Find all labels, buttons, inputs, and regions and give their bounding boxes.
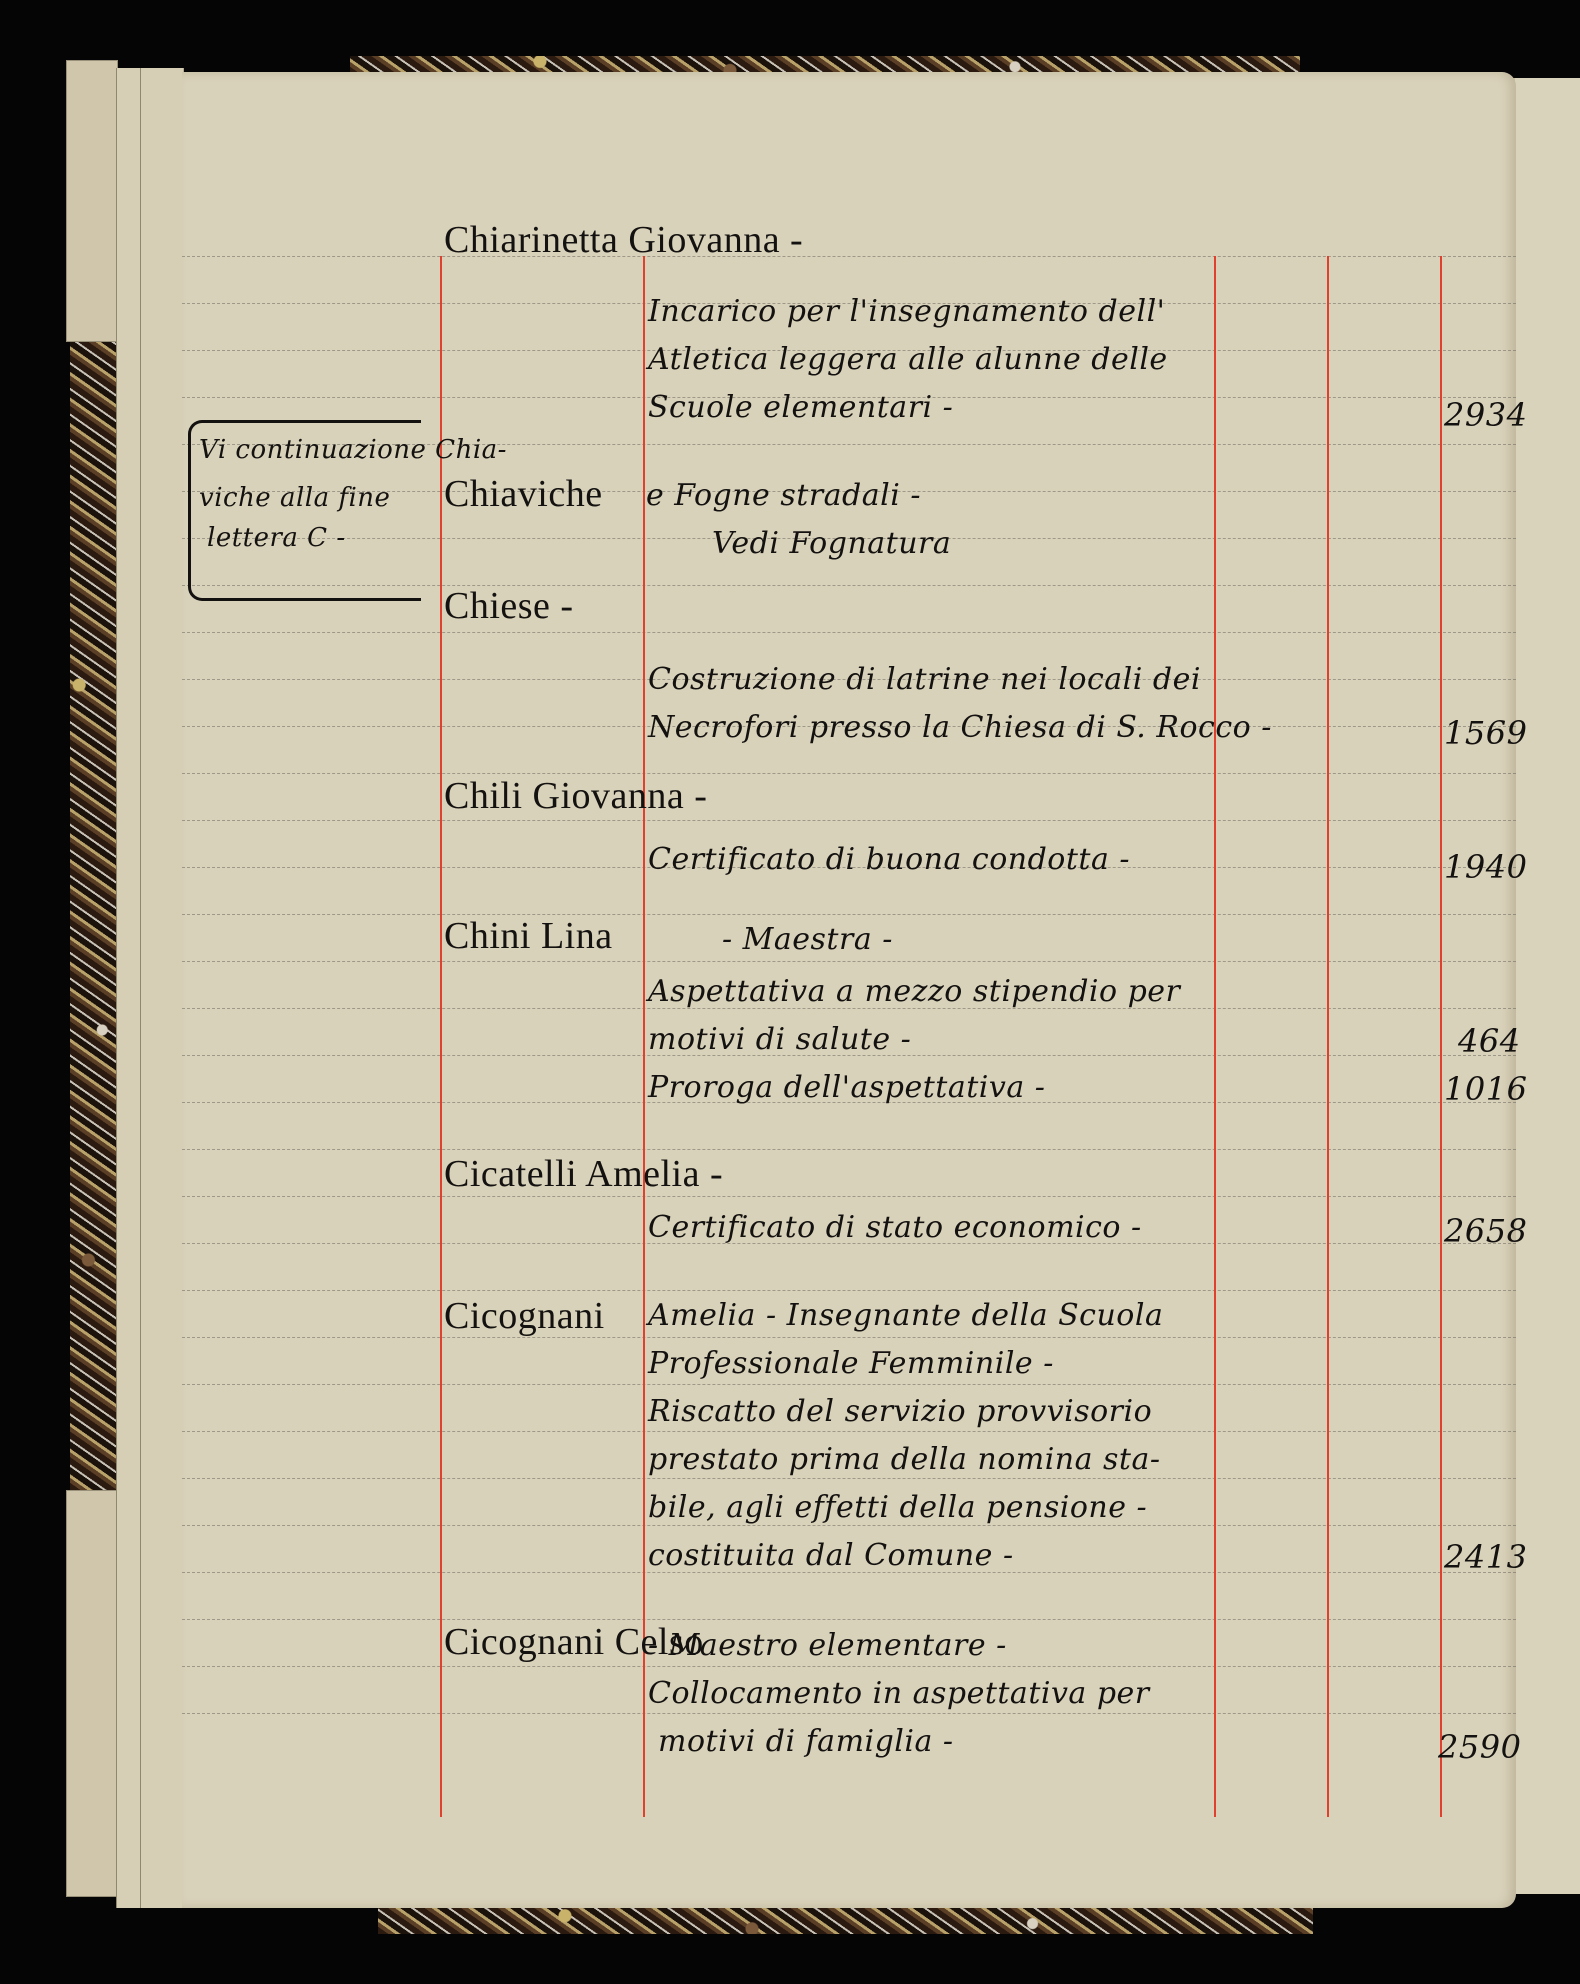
- ruled-line: [182, 1619, 1516, 1620]
- facing-page: [1513, 78, 1580, 1894]
- ruled-line: [182, 1149, 1516, 1150]
- margin-note-bracket: Vi continuazione Chia- viche alla fine l…: [188, 420, 421, 601]
- column-rule-2: [643, 256, 645, 1817]
- entry-description: prestato prima della nomina sta-: [648, 1442, 1161, 1477]
- margin-note-line: viche alla fine: [199, 483, 390, 513]
- entry-description: Costruzione di latrine nei locali dei: [648, 662, 1201, 697]
- entry-description: Professionale Femminile -: [648, 1346, 1054, 1381]
- entry-cross-reference: Vedi Fognatura: [712, 526, 951, 561]
- book-cover-left-lower: [66, 1490, 118, 1897]
- entry-number: 1940: [1444, 848, 1527, 886]
- entry-role: - Maestra -: [722, 922, 893, 957]
- entry-name: Chiese -: [444, 584, 574, 628]
- entry-name: Cicognani: [444, 1294, 605, 1338]
- ruled-line: [182, 1337, 1516, 1338]
- entry-description: Amelia - Insegnante della Scuola: [648, 1298, 1163, 1333]
- column-rule-5: [1440, 256, 1442, 1817]
- entry-name: Chini Lina: [444, 914, 613, 958]
- entry-description: - Maestro elementare -: [648, 1628, 1007, 1663]
- ruled-line: [182, 1290, 1516, 1291]
- entry-description: Aspettativa a mezzo stipendio per: [648, 974, 1180, 1009]
- column-rule-3: [1214, 256, 1216, 1817]
- margin-note-line: lettera C -: [207, 523, 346, 553]
- ruled-line: [182, 1196, 1516, 1197]
- entry-number: 2658: [1444, 1212, 1527, 1250]
- entry-description: Proroga dell'aspettativa -: [648, 1070, 1045, 1105]
- book-cover-left: [66, 60, 118, 342]
- marbled-edge-bottom: [378, 1908, 1313, 1934]
- entry-name: Chili Giovanna -: [444, 774, 707, 818]
- entry-number: 1569: [1444, 714, 1527, 752]
- ruled-line: [182, 914, 1516, 915]
- ruled-line: [182, 1478, 1516, 1479]
- ruled-line: [182, 256, 1516, 257]
- entry-description: bile, agli effetti della pensione -: [648, 1490, 1147, 1525]
- ruled-line: [182, 1525, 1516, 1526]
- entry-description: Collocamento in aspettativa per: [648, 1676, 1150, 1711]
- margin-note-line: Vi continuazione Chia-: [199, 435, 507, 465]
- entry-description: Scuole elementari -: [648, 390, 953, 425]
- entry-description: e Fogne stradali -: [646, 478, 921, 513]
- ruled-line: [182, 632, 1516, 633]
- ruled-line: [182, 1666, 1516, 1667]
- entry-number: 1016: [1444, 1070, 1527, 1108]
- marbled-edge-left: [70, 340, 116, 1490]
- column-rule-4: [1327, 256, 1329, 1817]
- entry-description: costituita dal Comune -: [648, 1538, 1014, 1573]
- entry-number: 2413: [1444, 1538, 1527, 1576]
- ruled-line: [182, 1431, 1516, 1432]
- ruled-line: [182, 1713, 1516, 1714]
- ruled-line: [182, 820, 1516, 821]
- entry-number: 464: [1458, 1022, 1521, 1060]
- entry-description: Atletica leggera alle alunne delle: [648, 342, 1168, 377]
- entry-number: 2590: [1438, 1728, 1521, 1766]
- ruled-line: [182, 961, 1516, 962]
- entry-description: motivi di famiglia -: [658, 1724, 954, 1759]
- entry-description: Incarico per l'insegnamento dell': [648, 294, 1165, 329]
- entry-description: Riscatto del servizio provvisorio: [648, 1394, 1152, 1429]
- entry-number: 2934: [1444, 396, 1527, 434]
- column-rule-1: [440, 256, 442, 1817]
- ruled-line: [182, 1384, 1516, 1385]
- entry-description: Certificato di buona condotta -: [648, 842, 1130, 877]
- ledger-page: Vi continuazione Chia- viche alla fine l…: [182, 72, 1516, 1908]
- page-stack-inner: [140, 68, 184, 1908]
- entry-description: Certificato di stato economico -: [648, 1210, 1142, 1245]
- ruled-line: [182, 773, 1516, 774]
- entry-description: Necrofori presso la Chiesa di S. Rocco -: [648, 710, 1272, 745]
- entry-name: Chiaviche: [444, 472, 603, 516]
- entry-name: Chiarinetta Giovanna -: [444, 218, 803, 262]
- entry-name: Cicatelli Amelia -: [444, 1152, 723, 1196]
- entry-description: motivi di salute -: [648, 1022, 911, 1057]
